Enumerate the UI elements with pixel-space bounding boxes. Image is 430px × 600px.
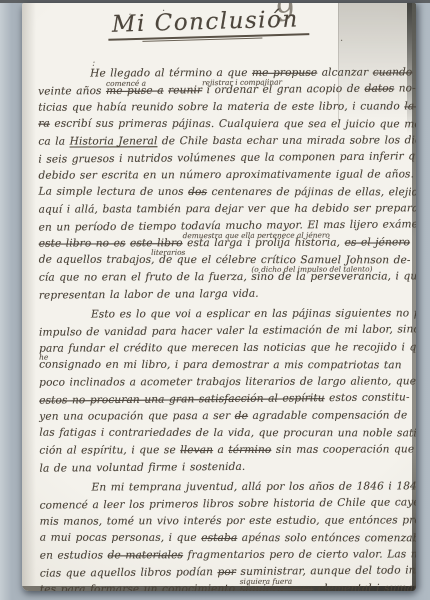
handwritten-text: alcanzar	[317, 66, 373, 78]
manuscript-line: i seis gruesos i nutridos volúmenes que …	[38, 148, 412, 168]
handwritten-text: consignado en mi libro, i para demostrar…	[39, 359, 402, 372]
handwritten-text: fragmentarios pero de cierto valor. Las …	[183, 548, 416, 561]
handwritten-text: en estudios	[40, 549, 108, 561]
manuscript-line: cias que aquellos libros podían por sumi…	[40, 562, 414, 582]
struck-text: estaba	[201, 532, 237, 544]
handwritten-text: impulso de vanidad para hacer valer la e…	[39, 323, 416, 338]
struck-text: de	[235, 410, 248, 422]
struck-text: la prime-	[404, 100, 416, 112]
handwritten-text: mis manos, tomé un vivo interés por este…	[40, 514, 416, 527]
handwritten-text: poco inclinados a acometer trabajos lite…	[39, 375, 416, 388]
manuscript-line: heconsignado en mi libro, i para demostr…	[39, 357, 413, 375]
handwritten-text: Esto es lo que voi a esplicar en las páj…	[91, 307, 416, 320]
struck-text: estos no procuran una gran satisfacción …	[39, 392, 325, 406]
struck-text: cuando	[373, 66, 413, 78]
handwritten-text: de Chile basta echar una mirada sobre lo…	[157, 134, 416, 147]
struck-text: reunir	[168, 84, 202, 96]
paragraph: Esto es lo que voi a esplicar en las páj…	[39, 305, 414, 476]
handwritten-text: de aquellos trabajos	[39, 254, 151, 266]
manuscript-line: representan la labor de una larga vida.	[39, 284, 413, 304]
manuscript-line: La simple lectura de unos dos centenares…	[38, 184, 412, 202]
struck-text: llevan	[180, 444, 213, 456]
handwritten-text: sin mas cooperación que	[271, 443, 414, 455]
struck-text: ra	[38, 118, 50, 130]
handwritten-text: para fundar el crédito que merecen las n…	[39, 341, 416, 354]
handwritten-text: cias que aquellos libros podían	[40, 566, 218, 580]
struck-text: término	[228, 444, 271, 456]
manuscript-line: veinte años comencé ame puse a reunirrej…	[38, 80, 412, 100]
struck-text: es el jénero	[345, 236, 410, 248]
handwritten-text: escribí sus primeras pájinas. Cualquiera…	[50, 118, 416, 131]
manuscript-line: comencé a leer los primeros libros sobre…	[40, 494, 414, 514]
handwritten-text: aquí i allá, basta también para dejar ve…	[39, 202, 416, 215]
manuscript-line: impulso de vanidad para hacer valer la e…	[39, 321, 413, 341]
handwritten-text: las fatigas i contrariedades de la vida,…	[39, 427, 416, 440]
photo-background: 9 :·:· Mi Conclusión He llegado al térmi…	[0, 0, 430, 600]
manuscript-line: las fatigas i contrariedades de la vida,…	[39, 425, 413, 443]
handwritten-text: debido ser escrita en un número aproxima…	[38, 168, 414, 181]
handwritten-text: La simple lectura de unos	[39, 186, 189, 198]
struck-text: por	[217, 566, 236, 578]
manuscript-line: la de una voluntad firme i sostenida.	[39, 457, 413, 477]
paragraph: En mi temprana juventud, allá por los añ…	[40, 478, 414, 591]
manuscript-line: ra escribí sus primeras pájinas. Cualqui…	[38, 116, 412, 134]
paragraph: He llegado al término a que me propuse a…	[38, 64, 413, 303]
handwritten-text: i seis gruesos i nutridos volúmenes que …	[38, 150, 416, 166]
handwritten-text: agradable compensación de	[248, 409, 407, 422]
manuscript-line: estos no procuran una gran satisfacción …	[39, 389, 413, 409]
handwritten-text: ción al espíritu, i que se	[39, 444, 180, 456]
ink-speck: ·	[340, 36, 343, 47]
manuscript-body: He llegado al término a que me propuse a…	[38, 64, 414, 591]
manuscript-line: este libro no es este librodemuestra que…	[39, 234, 413, 252]
manuscript-page: 9 :·:· Mi Conclusión He llegado al térmi…	[22, 3, 416, 591]
handwritten-text: veinte años	[38, 85, 106, 98]
handwritten-text: no-	[394, 82, 416, 94]
manuscript-line: a mui pocas personas, i que estaba apéna…	[40, 530, 414, 548]
handwritten-text: la de una voluntad firme i sostenida.	[39, 461, 245, 475]
handwritten-text: Historia Jeneral	[70, 135, 158, 147]
struck-text: de materiales	[108, 549, 184, 561]
handwritten-text: a mui pocas personas, i que	[40, 532, 202, 544]
handwritten-text: estos constitu-	[325, 391, 410, 404]
manuscript-title: Mi Conclusión	[108, 6, 310, 41]
handwritten-text: comencé a leer los primeros libros sobre…	[40, 496, 416, 512]
handwritten-text: hace	[412, 66, 416, 78]
manuscript-line: yen una ocupación que pasa a ser de agra…	[39, 407, 413, 425]
manuscript-line: ticias que había reunido sobre la materi…	[38, 98, 412, 116]
handwritten-text: centenares de pájinas de ellas, elejidas	[207, 186, 416, 198]
handwritten-text: apénas solo entónces comenzaba a hacerse	[237, 532, 416, 544]
struck-text: datos	[365, 83, 395, 95]
handwritten-text: cía que no eran el fruto de la fuerza,	[39, 271, 252, 284]
handwritten-text: ca la	[38, 136, 69, 148]
manuscript-line: mis manos, tomé un vivo interés por este…	[40, 512, 414, 530]
handwritten-text: En mi temprana juventud, allá por los añ…	[92, 480, 416, 493]
title-row: Mi Conclusión	[108, 6, 310, 43]
manuscript-line: para fundar el crédito que merecen las n…	[39, 339, 413, 357]
handwritten-text: representan la labor de una larga vida.	[39, 288, 259, 302]
handwritten-text: a	[213, 444, 228, 456]
handwritten-text: elemental i sumario, por va-	[313, 582, 416, 591]
struck-text: este libro no es	[39, 237, 126, 249]
handwritten-text: suministrar, aunque del todo insuficien-	[236, 564, 416, 578]
paper-left-shading	[22, 3, 36, 591]
handwritten-text: ticias que había reunido sobre la materi…	[38, 100, 404, 113]
handwritten-text: yen una ocupación que pasa a ser	[39, 410, 235, 423]
struck-text: dos	[188, 186, 207, 198]
manuscript-line: debido ser escrita en un número aproxima…	[38, 166, 412, 184]
handwritten-text: tes para formarse un conocimiento	[40, 583, 240, 591]
